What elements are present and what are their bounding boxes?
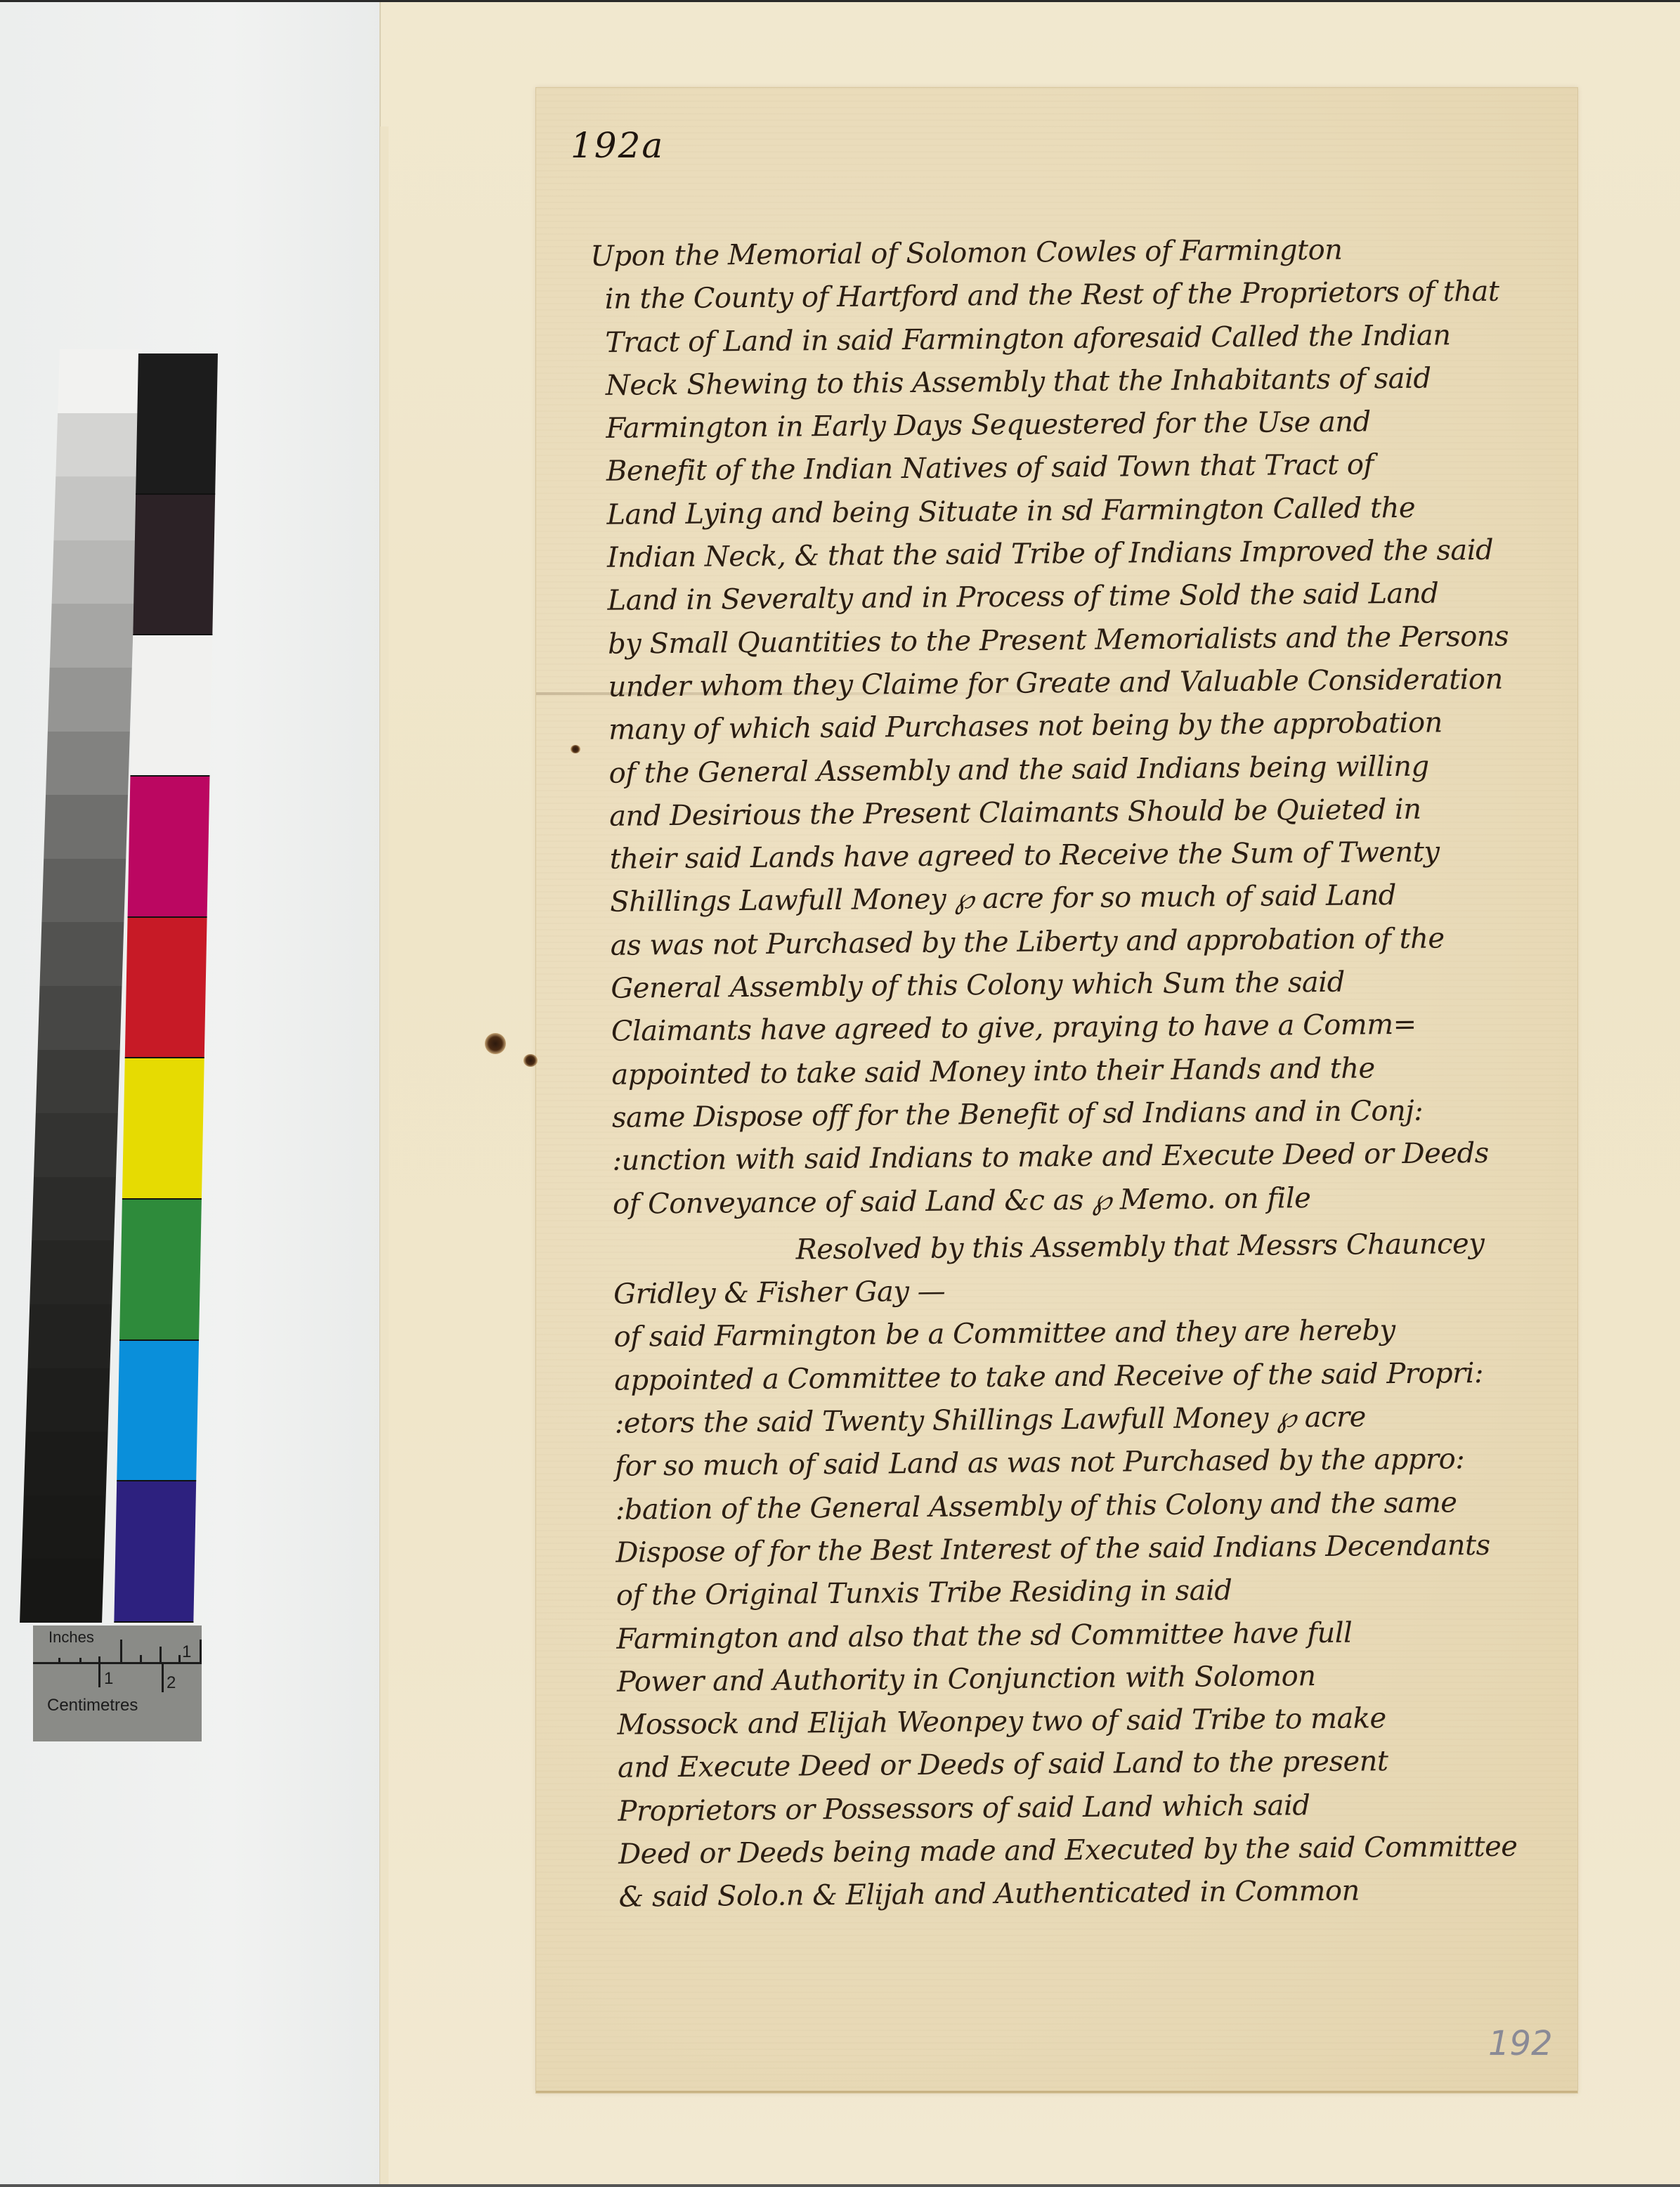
ink-stain — [485, 1033, 506, 1054]
manuscript-line: :unction with said Indians to make and E… — [598, 1131, 1582, 1183]
scale-centimetres-label: Centimetres — [47, 1696, 138, 1715]
gray-patch — [41, 859, 126, 923]
manuscript-line: Dispose of for the Best Interest of the … — [601, 1524, 1585, 1576]
gray-patch — [22, 1495, 106, 1559]
scale-tick — [120, 1640, 122, 1663]
color-patch — [128, 777, 210, 918]
scale-tick — [79, 1658, 82, 1663]
color-patch — [130, 635, 212, 777]
gray-patch — [53, 476, 138, 540]
scale-cm-tick — [98, 1656, 100, 1687]
backing-sheet-edge — [379, 126, 389, 2184]
scale-inch-tick-label: 1 — [182, 1642, 191, 1662]
gray-patch — [32, 1177, 116, 1241]
scale-tick — [200, 1640, 202, 1663]
gray-patch — [38, 986, 122, 1050]
manuscript-line: & said Solo.n & Elijah and Authenticated… — [604, 1868, 1588, 1920]
color-patch — [117, 1341, 199, 1482]
gray-patch — [50, 604, 134, 668]
manuscript-line: as was not Purchased by the Liberty and … — [597, 916, 1580, 968]
manuscript-line: their said Lands have agreed to Receive … — [595, 830, 1579, 882]
manuscript-line: Deed or Deeds being made and Executed by… — [604, 1825, 1588, 1877]
color-patch — [114, 1481, 196, 1623]
color-patch — [125, 918, 207, 1059]
gray-patch — [30, 1240, 114, 1304]
scale-tick — [178, 1655, 181, 1663]
bottom-border — [0, 2184, 1680, 2187]
manuscript-line: in the County of Hartford and the Rest o… — [591, 270, 1575, 322]
manuscript-line: for so much of said Land as was not Purc… — [601, 1437, 1584, 1489]
color-patch — [133, 495, 215, 636]
measurement-scale: Inches 1 1 2 Centimetres — [33, 1625, 202, 1741]
scale-cm-tick-label: 1 — [104, 1669, 113, 1689]
gray-patch — [56, 413, 140, 477]
page-number-bottom: 192 — [1488, 2024, 1553, 2063]
gray-patch — [46, 732, 130, 796]
scale-tick — [140, 1655, 142, 1663]
scale-cm-tick — [162, 1664, 164, 1692]
manuscript-text: Upon the Memorial of Solomon Cowles of F… — [590, 227, 1589, 1920]
gray-patch — [24, 1432, 108, 1495]
page-number-top: 192a — [571, 125, 664, 166]
gray-patch — [40, 922, 124, 986]
gray-patch — [52, 540, 136, 604]
scale-cm-tick-label: 2 — [167, 1673, 176, 1693]
manuscript-line: many of which said Purchases not being b… — [594, 701, 1578, 753]
gray-patch — [48, 668, 132, 732]
manuscript-line: appointed a Committee to take and Receiv… — [600, 1351, 1584, 1403]
scale-tick — [58, 1658, 60, 1663]
ink-stain — [571, 745, 580, 753]
manuscript-line: Neck Shewing to this Assembly that the I… — [592, 356, 1575, 408]
gray-patch — [34, 1113, 118, 1177]
gray-patch — [27, 1304, 112, 1368]
gray-patch — [20, 1559, 104, 1623]
gray-patch — [26, 1368, 110, 1432]
scale-tick — [159, 1647, 162, 1663]
manuscript-line: of Conveyance of said Land &c as ℘ Memo.… — [599, 1174, 1582, 1226]
color-calibration-target — [60, 349, 218, 1623]
ink-stain — [523, 1054, 538, 1067]
scale-inches-label: Inches — [48, 1628, 94, 1647]
color-patch — [119, 1200, 202, 1341]
color-patch — [136, 353, 218, 495]
color-patch — [122, 1058, 204, 1200]
gray-patch — [36, 1050, 120, 1114]
gray-patch — [44, 795, 128, 859]
manuscript-line: Resolved by this Assembly that Messrs Ch… — [599, 1222, 1582, 1274]
gray-patch — [58, 349, 142, 413]
